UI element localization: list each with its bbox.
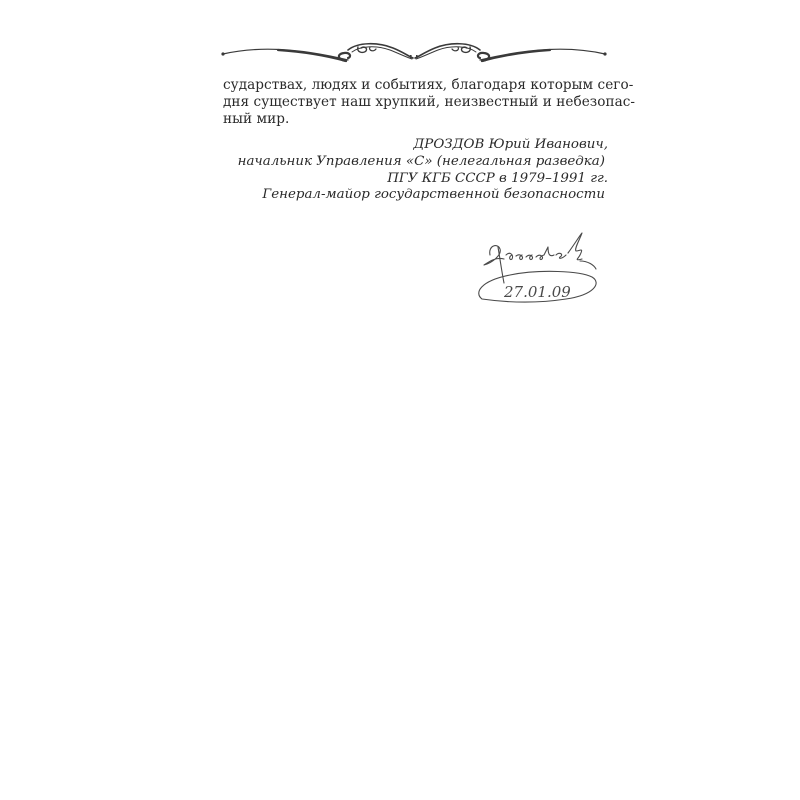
document-page: сударствах, людях и событиях, благодаря … bbox=[0, 0, 800, 800]
author-rank: Генерал-майор государственной безопаснос… bbox=[230, 187, 608, 204]
author-name: ДРОЗДОВ Юрий Иванович, bbox=[230, 137, 608, 154]
body-line: дня существует наш хрупкий, неизвестный … bbox=[223, 94, 609, 111]
body-line: ный мир. bbox=[223, 111, 609, 128]
body-paragraph: сударствах, людях и событиях, благодаря … bbox=[223, 77, 609, 128]
body-line: сударствах, людях и событиях, благодаря … bbox=[223, 77, 609, 94]
author-organization: ПГУ КГБ СССР в 1979–1991 гг. bbox=[230, 171, 608, 188]
author-position: начальник Управления «С» (нелегальная ра… bbox=[230, 154, 608, 171]
handwritten-date: 27.01.09 bbox=[503, 283, 571, 301]
decorative-flourish-icon bbox=[218, 38, 610, 66]
signature-block: ДРОЗДОВ Юрий Иванович, начальник Управле… bbox=[230, 137, 608, 204]
handwritten-signature-icon: 27.01.09 bbox=[470, 225, 605, 310]
